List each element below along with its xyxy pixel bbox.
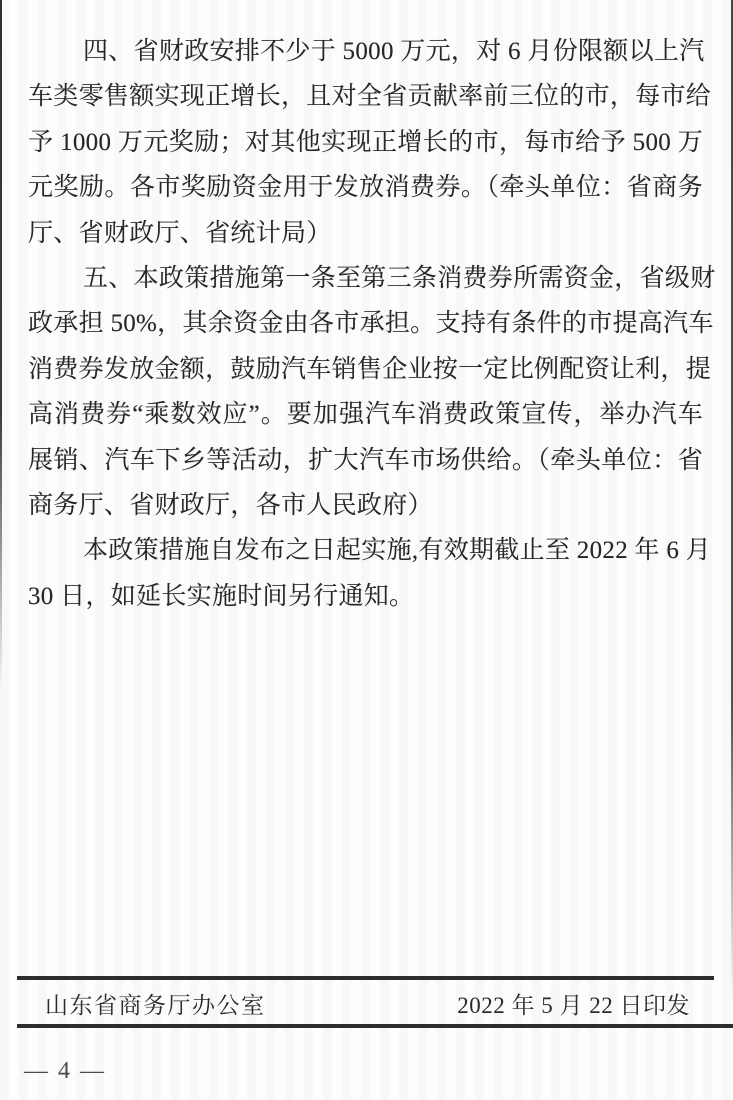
paragraph: 五、本政策措施第一条至第三条消费券所需资金，省级财政承担 50%，其余资金由各市… (28, 256, 703, 528)
footer-print-date: 2022 年 5 月 22 日印发 (457, 987, 714, 1020)
text-line: 四、省财政安排不少于 5000 万元，对 6 月份限额以上汽 (28, 29, 703, 74)
text-line: 30 日，如延长实施时间另行通知。 (28, 574, 703, 619)
footer-rule-top (17, 976, 714, 980)
text-line: 五、本政策措施第一条至第三条消费券所需资金，省级财 (28, 256, 703, 301)
text-line: 厅、省财政厅、省统计局） (28, 211, 703, 256)
text-line: 商务厅、省财政厅，各市人民政府） (28, 483, 703, 528)
paragraph: 四、省财政安排不少于 5000 万元，对 6 月份限额以上汽车类零售额实现正增长… (28, 29, 703, 256)
footer-row: 山东省商务厅办公室 2022 年 5 月 22 日印发 (17, 984, 714, 1022)
footer-issuer: 山东省商务厅办公室 (17, 987, 266, 1020)
text-line: 车类零售额实现正增长，且对全省贡献率前三位的市，每市给 (28, 74, 703, 119)
paragraph: 本政策措施自发布之日起实施,有效期截止至 2022 年 6 月30 日，如延长实… (28, 528, 703, 619)
text-line: 消费券发放金额，鼓励汽车销售企业按一定比例配资让利，提 (28, 347, 703, 392)
text-line: 政承担 50%，其余资金由各市承担。支持有条件的市提高汽车 (28, 301, 703, 346)
scan-edge-left (0, 0, 2, 690)
text-line: 元奖励。各市奖励资金用于发放消费券。（牵头单位：省商务 (28, 165, 703, 210)
scanned-document-page: 四、省财政安排不少于 5000 万元，对 6 月份限额以上汽车类零售额实现正增长… (0, 0, 733, 1100)
document-body: 四、省财政安排不少于 5000 万元，对 6 月份限额以上汽车类零售额实现正增长… (28, 29, 703, 619)
text-line: 予 1000 万元奖励；对其他实现正增长的市，每市给予 500 万 (28, 120, 703, 165)
footer-rule-bottom (17, 1024, 733, 1028)
page-number: — 4 — (24, 1058, 106, 1085)
text-line: 高消费券“乘数效应”。要加强汽车消费政策宣传，举办汽车 (28, 392, 703, 437)
text-line: 本政策措施自发布之日起实施,有效期截止至 2022 年 6 月 (28, 528, 703, 573)
text-line: 展销、汽车下乡等活动，扩大汽车市场供给。（牵头单位：省 (28, 438, 703, 483)
